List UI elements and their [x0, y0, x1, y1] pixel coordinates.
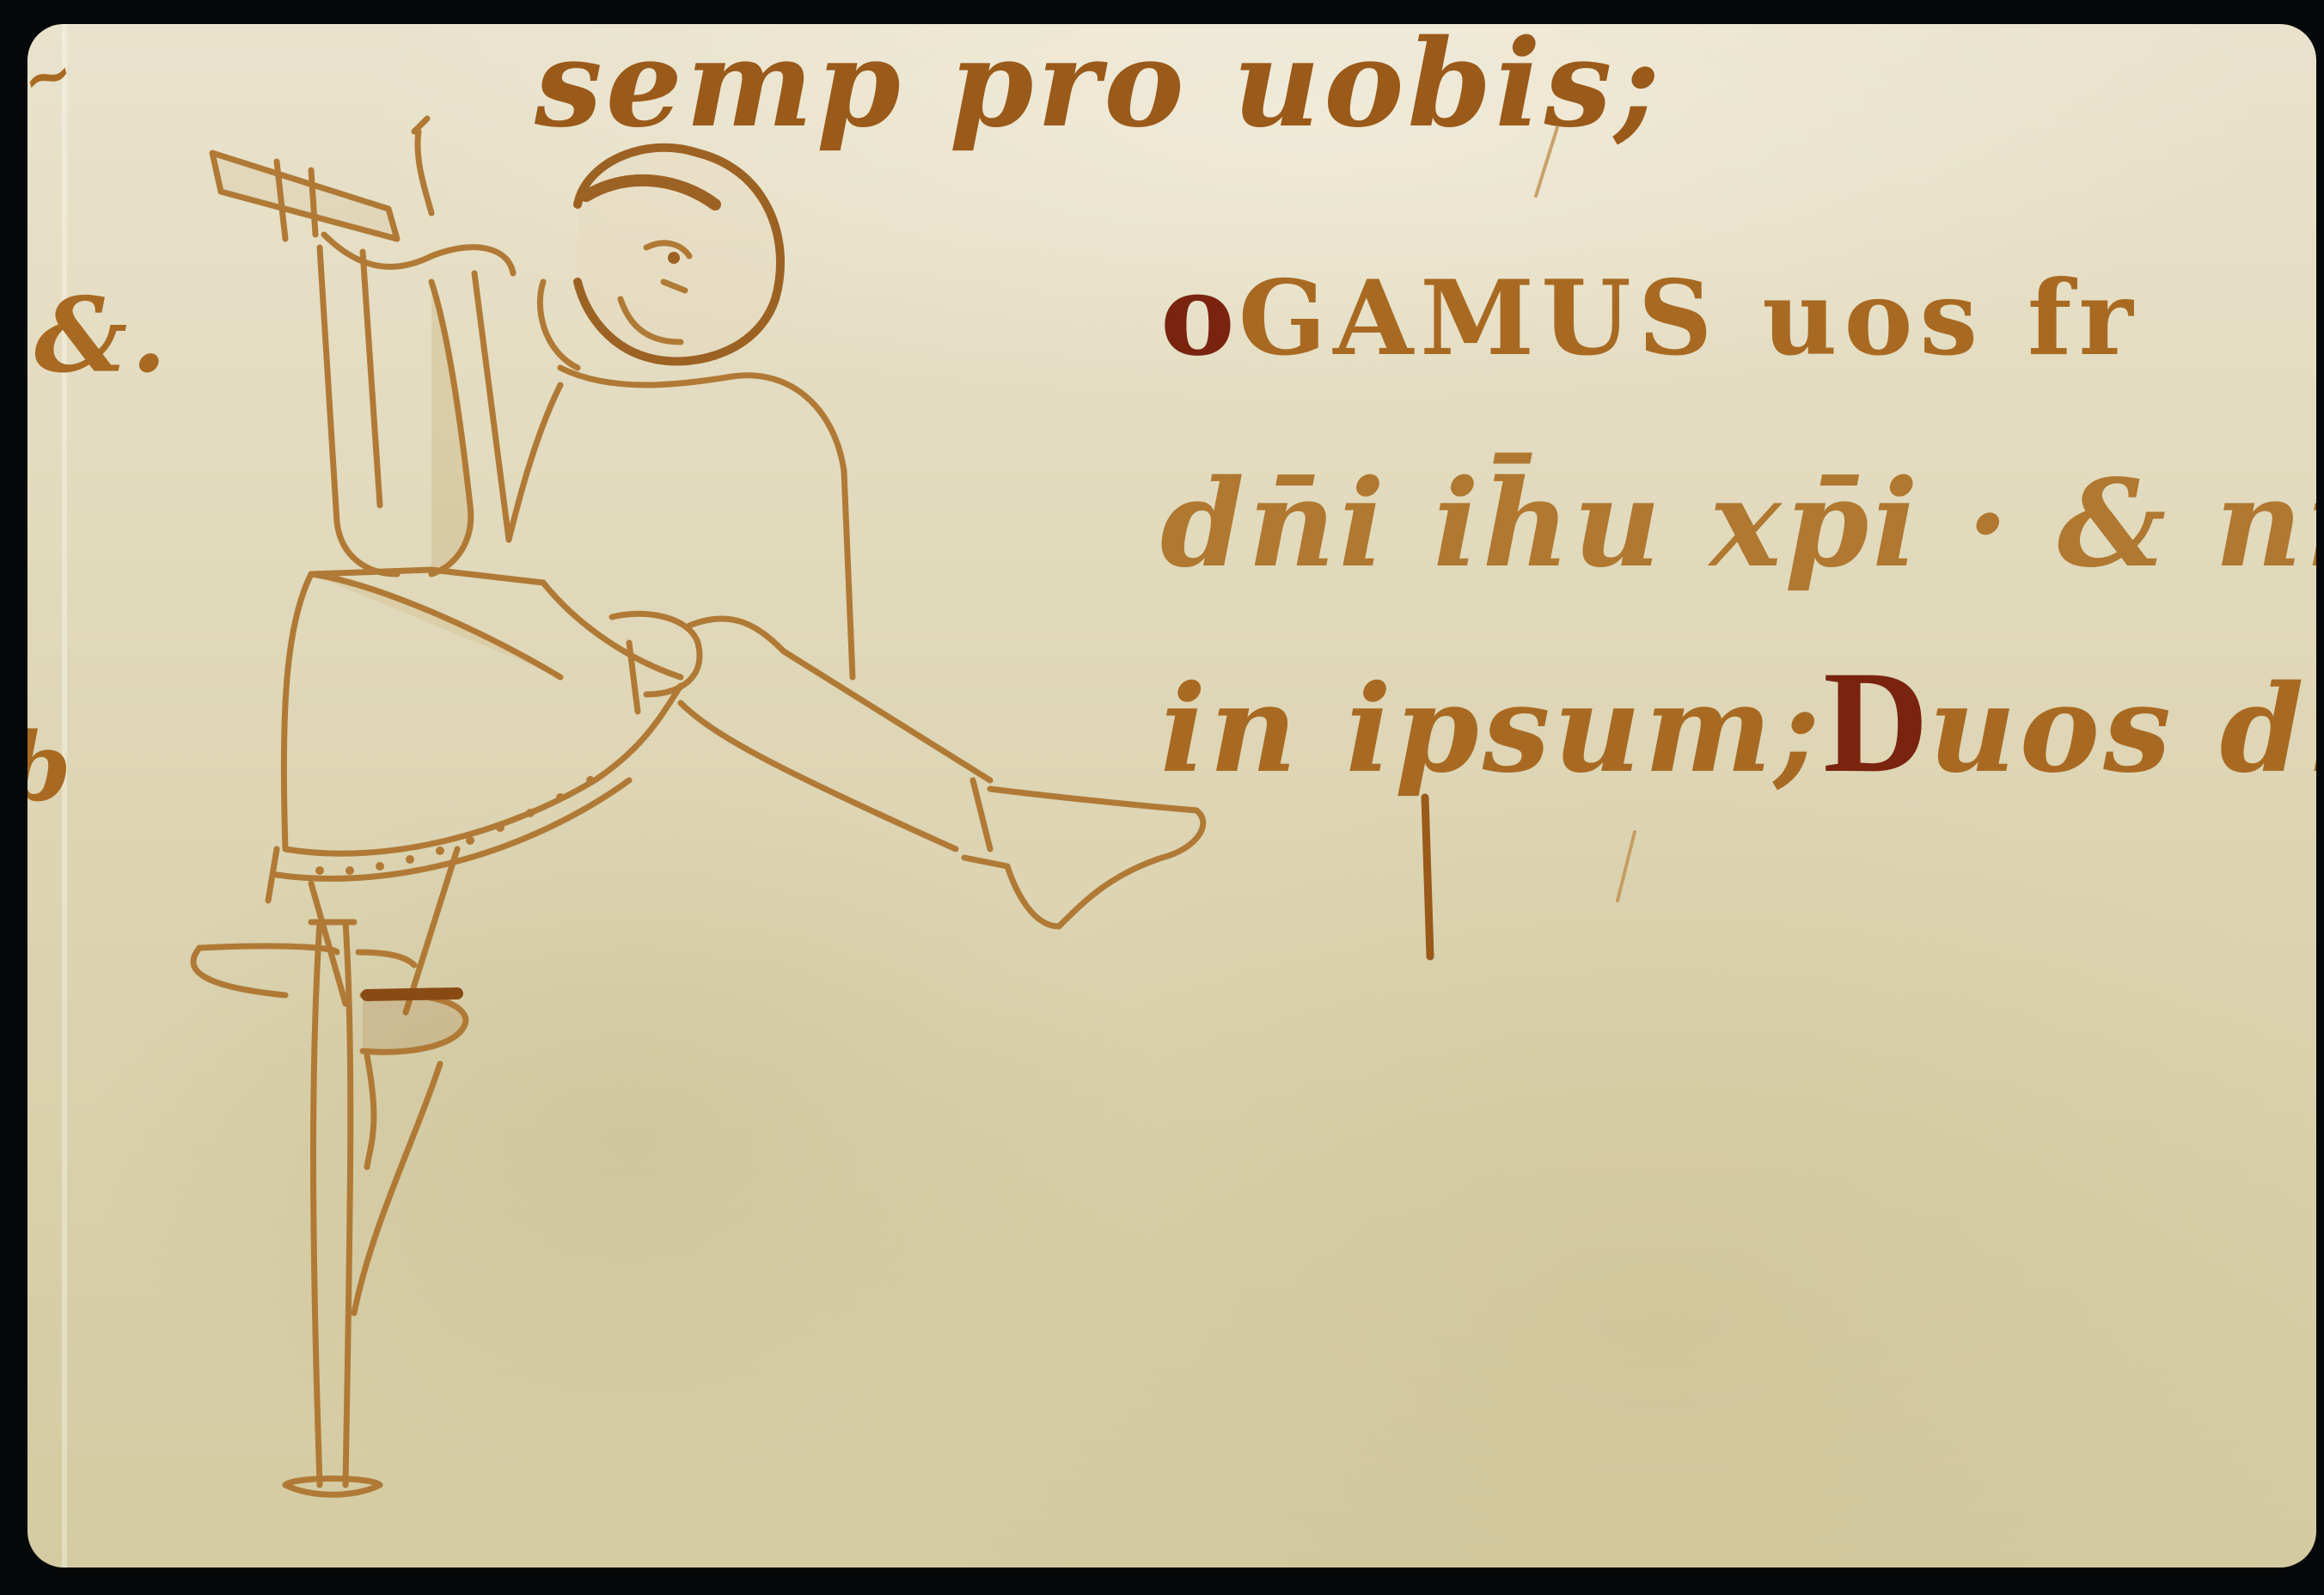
manuscript-page: ~ &. b semp pro uobis; oGAMUS uos fr dn̄…: [28, 24, 2316, 1567]
ruling-stroke-1: [1536, 127, 1557, 196]
kicking-leg: [681, 619, 990, 849]
raised-arm: [320, 235, 513, 574]
foot: [964, 789, 1203, 926]
descender-p: [1425, 797, 1430, 956]
hand-on-knee: [612, 614, 700, 712]
stilt: [193, 922, 466, 1494]
figure-head: [540, 148, 780, 368]
stilt-figure-illustration: [28, 24, 2316, 1567]
ruling-stroke-2: [1618, 832, 1635, 901]
horn-icon: [212, 119, 431, 239]
